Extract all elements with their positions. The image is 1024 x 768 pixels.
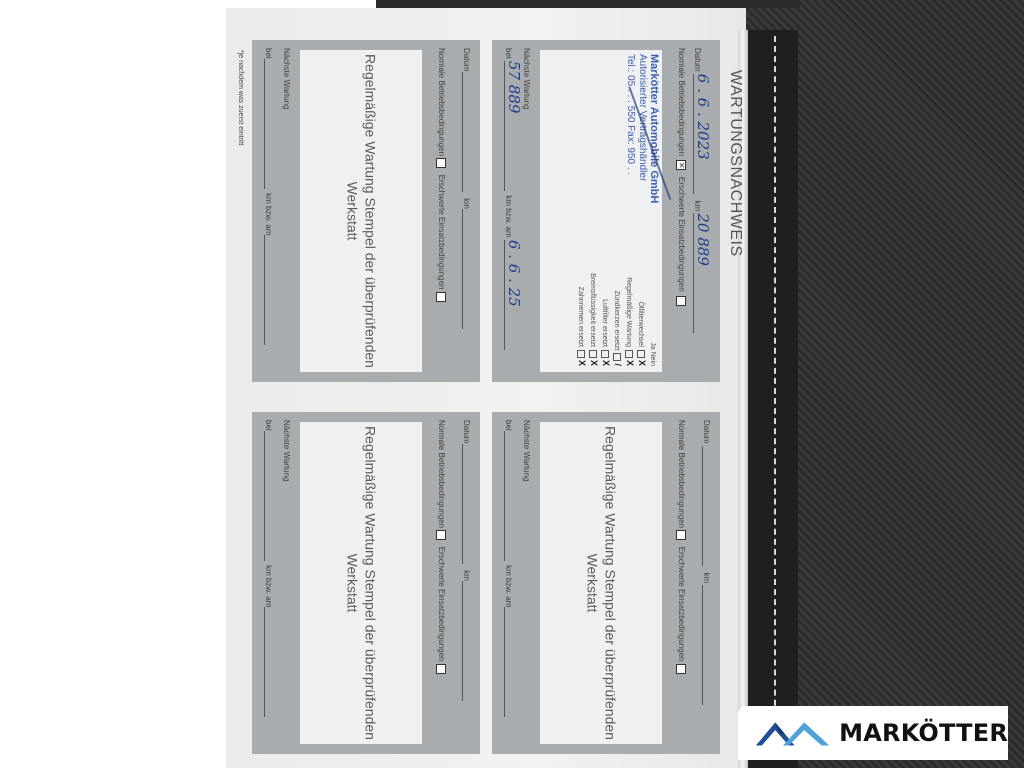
seat-fabric-top <box>376 0 800 8</box>
checklist-item: Bremsflüssigkeit ersetztX <box>587 273 599 366</box>
checklist-item: Zahnriemen ersetztX <box>575 273 587 366</box>
stamp-area: Regelmäßige Wartung Stempel der überprüf… <box>300 422 422 744</box>
spine-stitching <box>774 36 776 756</box>
maintenance-record: WARTUNGSNACHWEIS Datum 6 . 6 . 2023 km 2… <box>232 40 742 760</box>
checklist-item: Luftfilter ersetztX <box>599 273 611 366</box>
km-value: 20 889 <box>693 213 712 333</box>
difficult-conditions-checkbox[interactable] <box>436 292 446 302</box>
maintenance-box-1: Datum 6 . 6 . 2023 km 20 889 Normale Bet… <box>492 40 720 382</box>
conditions-row: Normale Betriebsbedingungen ✕ Erschwerte… <box>676 48 686 374</box>
booklet-spine <box>746 30 798 768</box>
stamp-area: Regelmäßige Wartung Stempel der überprüf… <box>300 50 422 372</box>
footnote: *je nachdem was zuerst eintritt <box>237 50 244 145</box>
normal-conditions-checkbox[interactable] <box>436 530 446 540</box>
difficult-conditions-checkbox[interactable] <box>676 664 686 674</box>
next-service-row: bei 57 889 km bzw. am 6 . 6 . 25 <box>504 48 523 374</box>
background-left <box>0 0 226 768</box>
stamp-area: Markötter Automobile GmbH Autorisierter … <box>540 50 662 372</box>
stamp-placeholder: Regelmäßige Wartung Stempel der überprüf… <box>584 422 619 744</box>
dealer-logo: MARKÖTTER <box>738 706 1008 760</box>
checklist-item: ÖlfilterwechselX <box>635 273 647 366</box>
stamp-area: Regelmäßige Wartung Stempel der überprüf… <box>540 422 662 744</box>
next-service-date: 6 . 6 . 25 <box>504 240 523 350</box>
maintenance-box-4: Datum km Normale Betriebsbedingungen Ers… <box>252 412 480 754</box>
date-value: 6 . 6 . 2023 <box>693 74 712 194</box>
stamp-placeholder: Regelmäßige Wartung Stempel der überprüf… <box>344 50 379 372</box>
checklist-item: Zündkerzen ersetzt/ <box>611 273 623 366</box>
normal-conditions-checkbox[interactable] <box>676 530 686 540</box>
date-km-row: Datum 6 . 6 . 2023 km 20 889 <box>693 48 712 374</box>
next-service-km: 57 889 <box>504 61 523 191</box>
difficult-conditions-checkbox[interactable] <box>676 296 686 306</box>
service-checklist: Ja Nein ÖlfilterwechselX Regelmäßige War… <box>575 273 658 366</box>
normal-conditions-checkbox[interactable] <box>436 158 446 168</box>
difficult-conditions-checkbox[interactable] <box>436 664 446 674</box>
mountain-logo-icon <box>754 716 833 750</box>
stamp-placeholder: Regelmäßige Wartung Stempel der überprüf… <box>344 422 379 744</box>
maintenance-box-2: Datum km Normale Betriebsbedingungen Ers… <box>492 412 720 754</box>
normal-conditions-checkbox[interactable]: ✕ <box>676 160 686 170</box>
logo-text: MARKÖTTER <box>839 719 1008 747</box>
document-title: WARTUNGSNACHWEIS <box>726 70 744 257</box>
maintenance-box-3: Datum km Normale Betriebsbedingungen Ers… <box>252 40 480 382</box>
checklist-item: Regelmäßige WartungX <box>623 273 635 366</box>
